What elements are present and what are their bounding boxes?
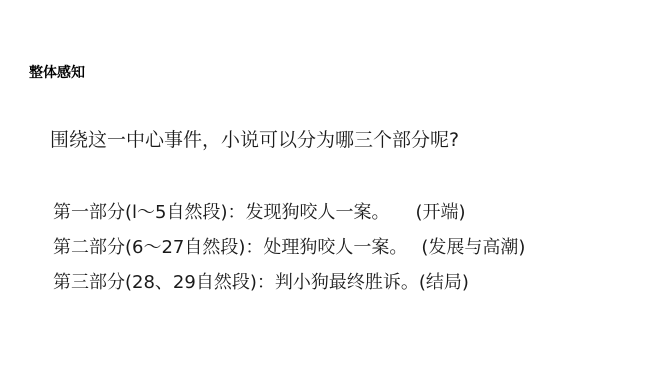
section-title: 整体感知 [29, 63, 85, 83]
guiding-question: 围绕这一中心事件，小说可以分为哪三个部分呢? [50, 127, 459, 153]
list-item-part-3: 第三部分(28、29自然段)：判小狗最终胜诉。 (结局) [53, 265, 525, 300]
story-structure-list: 第一部分(l～5自然段)：发现狗咬人一案。 (开端) 第二部分(6～27自然段)… [53, 195, 525, 300]
part-stage: (结局) [419, 265, 469, 300]
part-description: 第一部分(l～5自然段)：发现狗咬人一案。 [53, 195, 390, 230]
part-stage: (开端) [416, 195, 466, 230]
part-description: 第三部分(28、29自然段)：判小狗最终胜诉。 [53, 265, 419, 300]
list-item-part-2: 第二部分(6～27自然段)：处理狗咬人一案。 (发展与高潮) [53, 230, 525, 265]
part-stage: (发展与高潮) [421, 230, 525, 265]
list-item-part-1: 第一部分(l～5自然段)：发现狗咬人一案。 (开端) [53, 195, 525, 230]
part-description: 第二部分(6～27自然段)：处理狗咬人一案。 [53, 230, 407, 265]
